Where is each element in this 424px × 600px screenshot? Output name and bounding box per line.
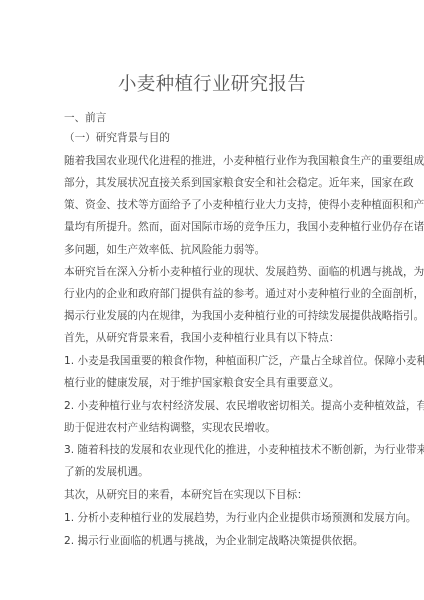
paragraph-line: 行业内的企业和政府部门提供有益的参考。通过对小麦种植行业的全面剖析， bbox=[64, 287, 359, 301]
list-item-line: 1. 小麦是我国重要的粮食作物，种植面积广泛，产量占全球首位。保障小麦种 bbox=[64, 354, 359, 368]
paragraph-line: 首先，从研究背景来看，我国小麦种植行业具有以下特点： bbox=[64, 331, 359, 345]
list-item-line: 1. 分析小麦种植行业的发展趋势，为行业内企业提供市场预测和发展方向。 bbox=[64, 511, 359, 525]
paragraph-line: 策、资金、技术等方面给予了小麦种植行业大力支持，使得小麦种植面积和产 bbox=[64, 198, 359, 212]
subsection-heading: （一）研究背景与目的 bbox=[64, 131, 359, 145]
paragraph-line: 多问题，如生产效率低、抗风险能力弱等。 bbox=[64, 243, 359, 257]
document-title: 小麦种植行业研究报告 bbox=[0, 70, 424, 96]
list-item-line: 植行业的健康发展，对于维护国家粮食安全具有重要意义。 bbox=[64, 376, 359, 390]
list-item-line: 助于促进农村产业结构调整，实现农民增收。 bbox=[64, 421, 359, 435]
paragraph-line: 随着我国农业现代化进程的推进，小麦种植行业作为我国粮食生产的重要组成 bbox=[64, 154, 359, 168]
section-heading: 一、前言 bbox=[64, 111, 359, 125]
paragraph-line: 部分，其发展状况直接关系到国家粮食安全和社会稳定。近年来，国家在政 bbox=[64, 176, 359, 190]
list-item-line: 2. 小麦种植行业与农村经济发展、农民增收密切相关。提高小麦种植效益，有 bbox=[64, 399, 359, 413]
paragraph-line: 其次，从研究目的来看，本研究旨在实现以下目标： bbox=[64, 488, 359, 502]
list-item-line: 3. 随着科技的发展和农业现代化的推进，小麦种植技术不断创新，为行业带来 bbox=[64, 443, 359, 457]
paragraph-line: 量均有所提升。然而，面对国际市场的竞争压力，我国小麦种植行业仍存在诸 bbox=[64, 220, 359, 234]
paragraph-line: 揭示行业发展的内在规律，为我国小麦种植行业的可持续发展提供战略指引。 bbox=[64, 309, 359, 323]
list-item-line: 了新的发展机遇。 bbox=[64, 465, 359, 479]
paragraph-line: 本研究旨在深入分析小麦种植行业的现状、发展趋势、面临的机遇与挑战，为 bbox=[64, 265, 359, 279]
document-page: 小麦种植行业研究报告 一、前言 （一）研究背景与目的 随着我国农业现代化进程的推… bbox=[0, 0, 424, 600]
list-item-line: 2. 揭示行业面临的机遇与挑战，为企业制定战略决策提供依据。 bbox=[64, 534, 359, 548]
